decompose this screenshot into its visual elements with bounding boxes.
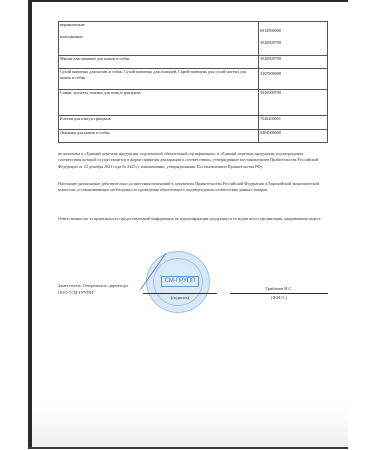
table-row: Сухой шампунь для кошек и собак. Сухой ш… bbox=[59, 69, 328, 90]
table-row: Совки, туалеты, поилки для птиц и грызун… bbox=[59, 90, 328, 116]
tnved-code: 3926909709 bbox=[259, 56, 328, 69]
tnved-code: 3926909709 bbox=[259, 90, 328, 116]
table-row: Миски пластиковые для кошек и собак 3926… bbox=[59, 56, 328, 69]
name-caption: (Ф.И.О.) bbox=[230, 295, 328, 300]
tnved-code: 7326200001 bbox=[259, 116, 328, 130]
tnved-code: 9404908000 bbox=[259, 130, 328, 143]
signatory-name: Грибанов И.С. bbox=[230, 286, 328, 291]
product-name-cell: Совки, туалеты, поилки для птиц и грызун… bbox=[59, 90, 259, 116]
code-cell: 6914900000 3926909709 bbox=[259, 22, 328, 56]
viewer-frame-bottom bbox=[28, 447, 348, 449]
paragraph-responsibility: Ответственность за правильность предоста… bbox=[58, 216, 326, 222]
paragraph-validity: Настоящее разъяснение действительно до в… bbox=[58, 181, 326, 194]
signature-line bbox=[143, 293, 217, 294]
tnved-code: 3307900008 bbox=[260, 71, 326, 77]
product-name-cell: керамические пластиковые bbox=[59, 22, 259, 56]
table-row: Лежанки для кошек и собак 9404908000 bbox=[59, 130, 328, 143]
table-row: Клетки для птиц и грызунов 7326200001 bbox=[59, 116, 328, 130]
signatory-position: Заместитель Генерального директора ООО "… bbox=[58, 283, 138, 296]
paragraph-not-included: не включена в «Единый перечень продукции… bbox=[58, 151, 326, 170]
product-codes-table: керамические пластиковые 6914900000 3926… bbox=[58, 21, 328, 143]
product-name-cell: Лежанки для кошек и собак bbox=[59, 130, 259, 143]
product-name-cell: Сухой шампунь для кошек и собак. Сухой ш… bbox=[59, 69, 259, 90]
signature-caption: (подпись) bbox=[143, 295, 217, 300]
name-line bbox=[230, 293, 328, 294]
product-name-cell: Клетки для птиц и грызунов bbox=[59, 116, 259, 130]
tnved-code: 3926909709 bbox=[260, 40, 326, 46]
table-row: керамические пластиковые 6914900000 3926… bbox=[59, 22, 328, 56]
product-name-cell: Миски пластиковые для кошек и собак bbox=[59, 56, 259, 69]
code-cell: 3307900008 bbox=[259, 69, 328, 90]
